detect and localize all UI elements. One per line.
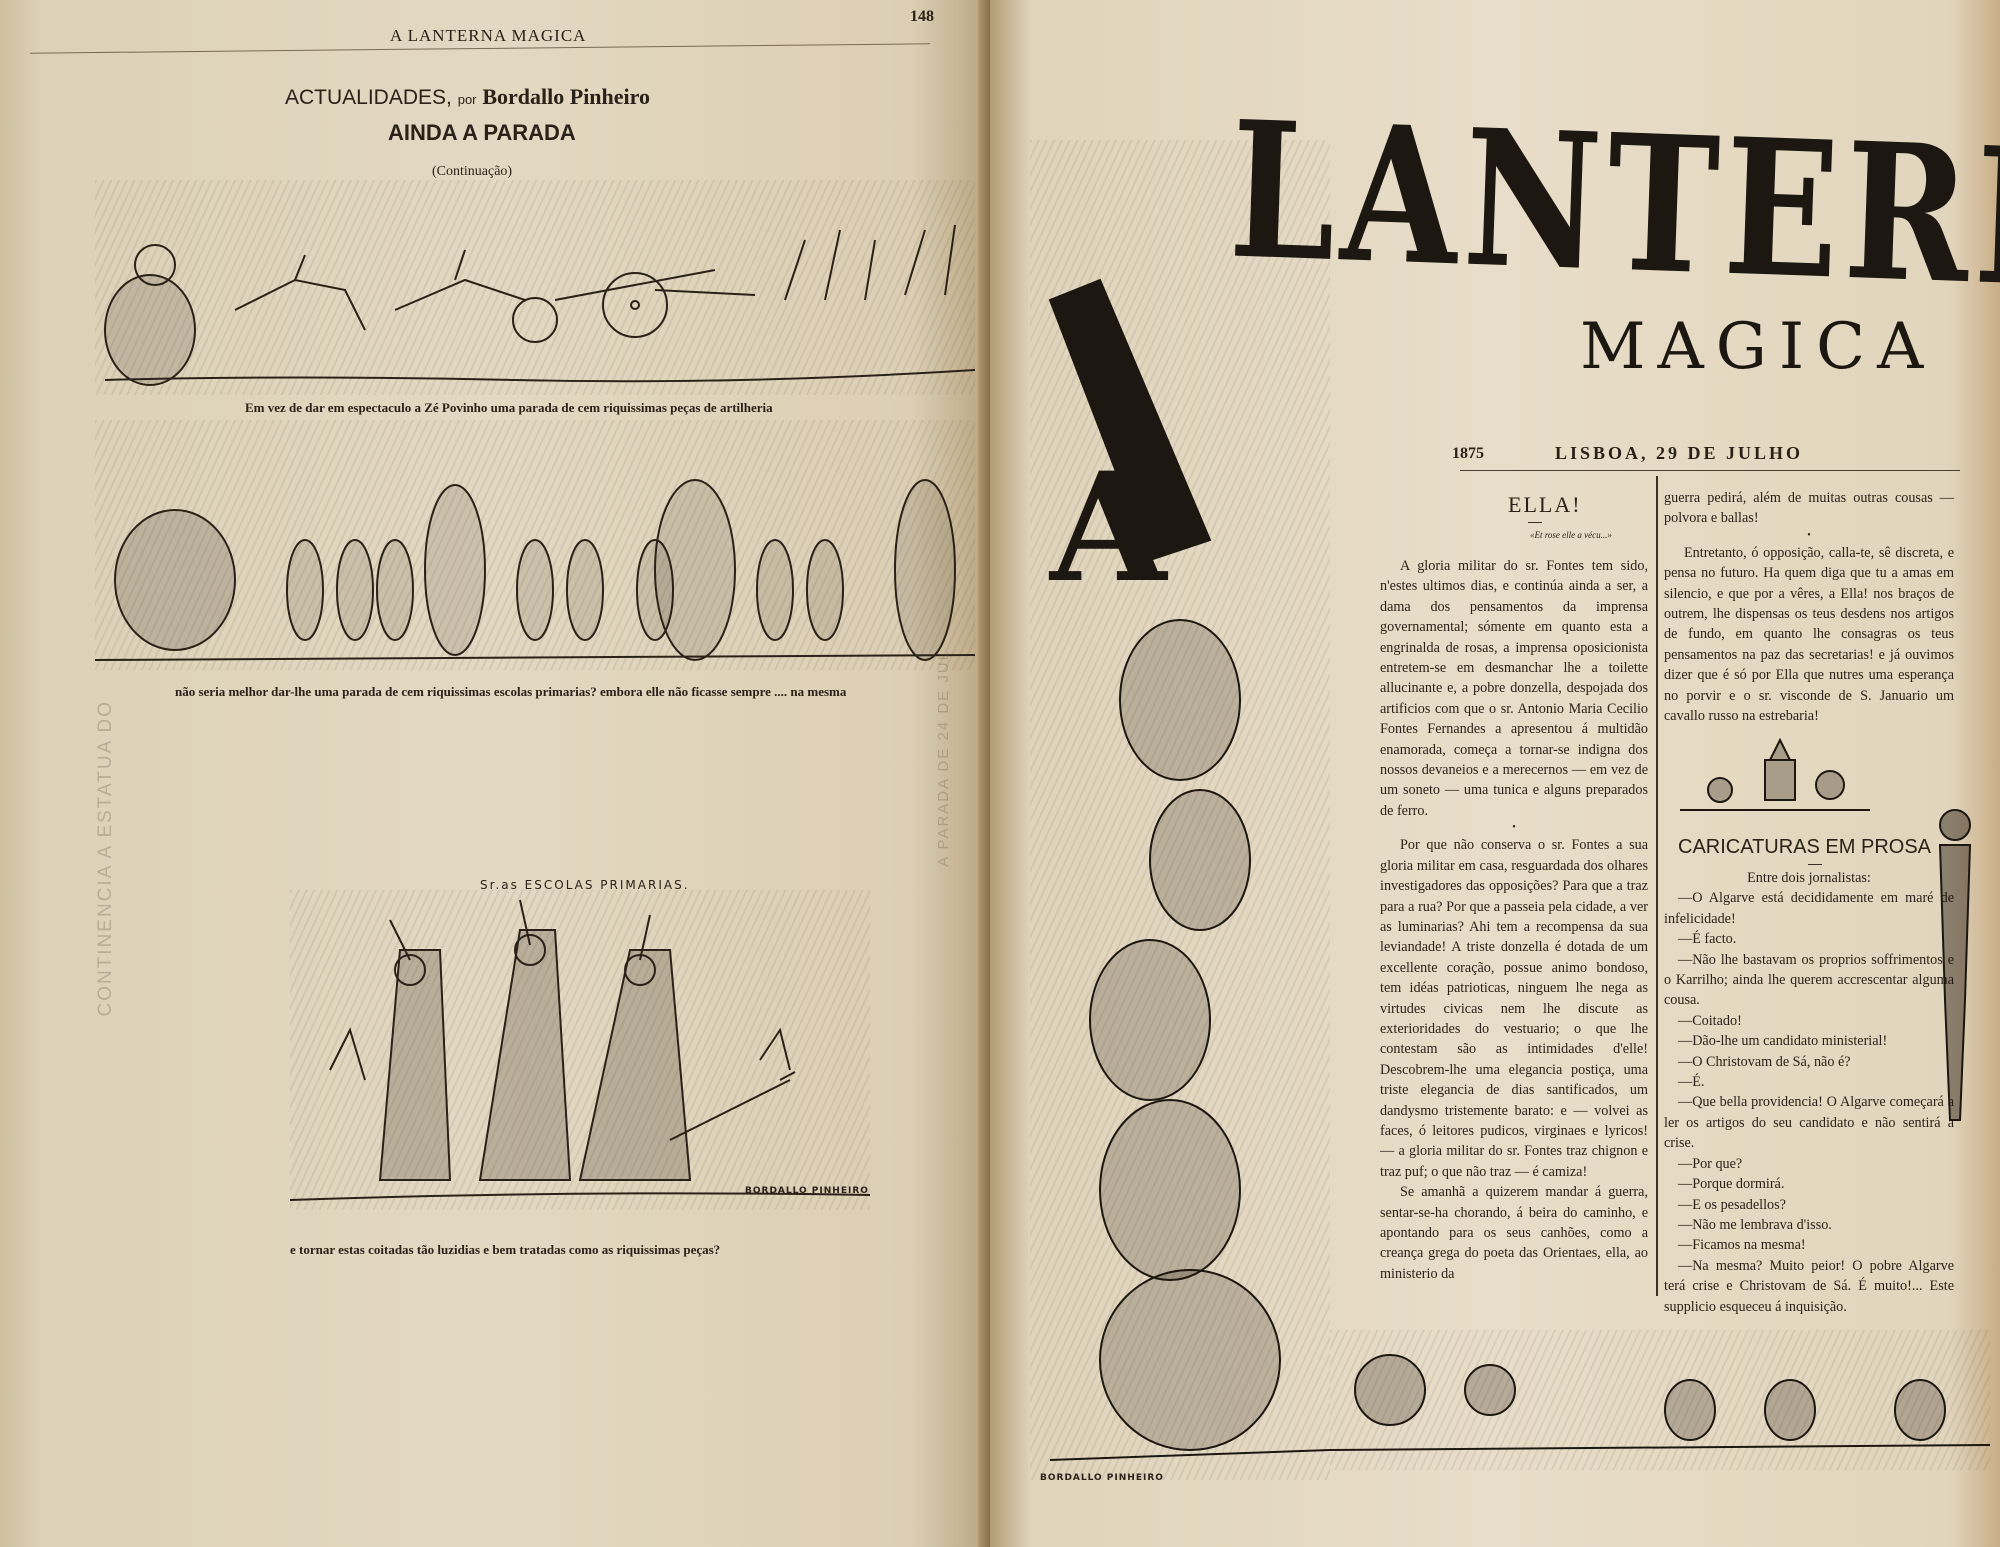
masthead-rule [1460, 470, 1960, 471]
dialogue-line: —É facto. [1664, 929, 1954, 949]
ella-title: ELLA! [1508, 492, 1582, 518]
dialogue-line: —Coitado! [1664, 1011, 1954, 1031]
caption-escolas: e tornar estas coitadas tão luzidias e b… [290, 1242, 720, 1258]
artillery-parade-drawing [95, 180, 975, 395]
dialogue-line: —Ficamos na mesma! [1664, 1235, 1954, 1255]
separator-star: • [1380, 821, 1648, 835]
dialogue-line: —Não lhe bastavam os proprios soffriment… [1664, 950, 1954, 1011]
title-dash [1528, 522, 1542, 523]
dialogue-line: —O Algarve está decididamente em maré de… [1664, 888, 1954, 929]
illustration-standing-figure [1930, 800, 1980, 1130]
dialogue-line: —O Christovam de Sá, não é? [1664, 1052, 1954, 1072]
section-author: Bordallo Pinheiro [482, 84, 650, 109]
bleed-through-right: A PARADA DE 24 DE JUL [935, 650, 952, 867]
running-figures-drawing [1330, 1330, 1990, 1470]
escolas-primarias-drawing [290, 890, 870, 1210]
masthead: LANTERNA MAGICA A [1050, 80, 1980, 440]
ella-paragraph-3: Se amanhã a quizerem mandar á guerra, se… [1380, 1182, 1648, 1284]
article-title: AINDA A PARADA [388, 120, 576, 146]
ella-column-1: A gloria militar do sr. Fontes tem sido,… [1380, 556, 1648, 1284]
running-head: A LANTERNA MAGICA [390, 26, 586, 46]
caricaturas-column: Entre dois jornalistas: —O Algarve está … [1664, 868, 1954, 1317]
masthead-subtitle: MAGICA [1580, 310, 1935, 384]
ella-paragraph-1: A gloria militar do sr. Fontes tem sido,… [1380, 556, 1648, 821]
caption-artillery: Em vez de dar em espectaculo a Zé Povinh… [245, 400, 773, 416]
standing-figure-drawing [1930, 800, 1980, 1130]
section-by: por [458, 92, 477, 107]
dialogue-line: —Que bella providencia! O Algarve começa… [1664, 1092, 1954, 1153]
dialogue-line: —Por que? [1664, 1154, 1954, 1174]
illustration-escolas-primarias [290, 890, 870, 1210]
dialogue-line: —É. [1664, 1072, 1954, 1092]
masthead-title: LANTERNA [1226, 80, 2000, 335]
caricaturas-title: CARICATURAS EM PROSA [1678, 836, 1931, 859]
ella-column-2: guerra pedirá, além de muitas outras cou… [1664, 488, 1954, 726]
illustration-bottom-figures [1330, 1330, 1990, 1470]
dialogue-line: —E os pesadellos? [1664, 1195, 1954, 1215]
schoolchildren-parade-drawing [95, 420, 975, 670]
bleed-through-left: CONTINENCIA A ESTATUA DO [95, 700, 117, 1017]
section-heading: ACTUALIDADES, por Bordallo Pinheiro [285, 84, 650, 110]
illustration-artillery-parade [95, 180, 975, 395]
masthead-initial: A [1050, 440, 1166, 616]
caricaturas-intro: Entre dois jornalistas: [1664, 868, 1954, 888]
dialogue-line: —Na mesma? Muito peior! O pobre Algarve … [1664, 1256, 1954, 1317]
ella-paragraph-4: guerra pedirá, além de muitas outras cou… [1664, 488, 1954, 529]
masthead-year: 1875 [1452, 445, 1484, 463]
left-page: A LANTERNA MAGICA 148 ACTUALIDADES, por … [0, 0, 990, 1547]
section-prefix: ACTUALIDADES, [285, 86, 452, 109]
illustration-signature: BORDALLO PINHEIRO [745, 1186, 869, 1196]
dialogue-line: —Dão-lhe um candidato ministerial! [1664, 1031, 1954, 1051]
ella-paragraph-5: Entretanto, ó opposição, calla-te, sê di… [1664, 543, 1954, 727]
illustration-schoolchildren-parade [95, 420, 975, 670]
masthead-signature: BORDALLO PINHEIRO [1040, 1473, 1164, 1483]
dialogue-line: —Não me lembrava d'isso. [1664, 1215, 1954, 1235]
page-number: 148 [910, 8, 934, 26]
lantern-vignette-drawing [1680, 730, 1870, 820]
ella-epigraph: «Et rose elle a vécu...» [1530, 530, 1612, 540]
dialogue-line: —Porque dormirá. [1664, 1174, 1954, 1194]
illustration-lantern-vignette [1680, 730, 1870, 820]
column-rule [1656, 476, 1658, 1296]
article-subtitle: (Continuação) [432, 164, 512, 180]
ella-paragraph-2: Por que não conserva o sr. Fontes a sua … [1380, 835, 1648, 1182]
title-dash [1808, 864, 1822, 865]
caption-schoolchildren: não seria melhor dar-lhe uma parada de c… [175, 684, 846, 700]
separator-star: • [1664, 529, 1954, 543]
masthead-dateline: LISBOA, 29 DE JULHO [1555, 443, 1803, 464]
